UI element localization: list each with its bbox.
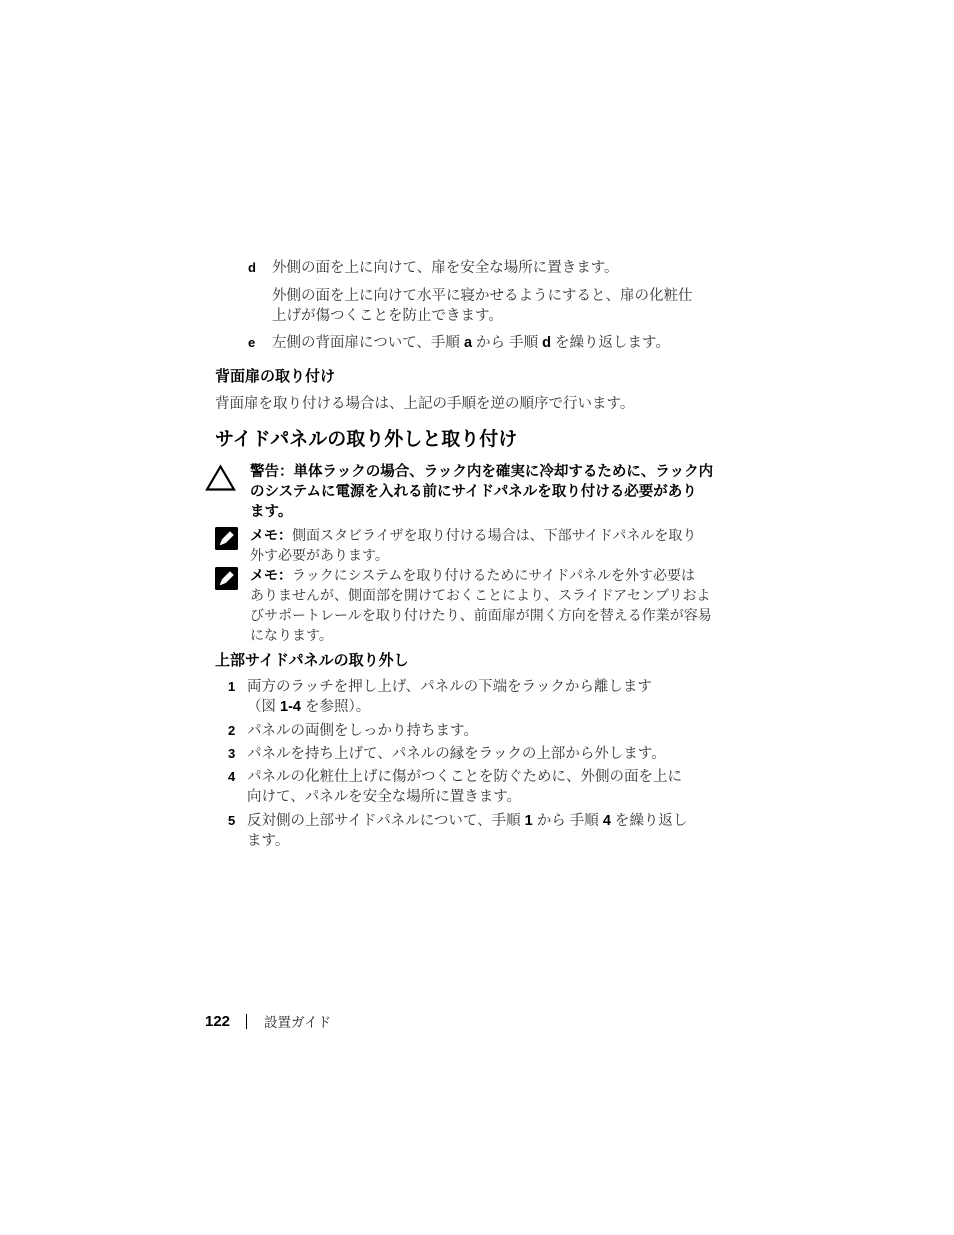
- footer-doc-title: 設置ガイド: [264, 1011, 331, 1031]
- warning-block: 警告：単体ラックの場合、ラック内を確実に冷却するために、ラック内 のシステムに電…: [205, 462, 740, 522]
- page-content: d 外側の面を上に向けて、扉を安全な場所に置きます。 外側の面を上に向けて水平に…: [215, 258, 740, 855]
- list-item-d-followup: 外側の面を上に向けて水平に寝かせるようにすると、扉の化粧仕 上げが傷つくことを防…: [215, 286, 740, 326]
- step-4: 4 パネルの化粧仕上げに傷がつくことを防ぐために、外側の面を上に 向けて、パネル…: [215, 767, 740, 807]
- list-item-e-label: e: [248, 333, 272, 353]
- list-item-e: e 左側の背面扉について、手順 a から 手順 d を繰り返します。: [215, 333, 740, 353]
- rear-door-install-body: 背面扉を取り付ける場合は、上記の手順を逆の順序で行います。: [215, 394, 740, 414]
- rear-door-install-heading: 背面扉の取り付け: [215, 367, 740, 387]
- step-2: 2 パネルの両側をしっかり持ちます。: [215, 721, 740, 741]
- step-3: 3 パネルを持ち上げて、パネルの縁をラックの上部から外します。: [215, 744, 740, 764]
- list-item-e-text: 左側の背面扉について、手順 a から 手順 d を繰り返します。: [272, 333, 740, 353]
- footer-divider: [246, 1014, 247, 1029]
- step-3-text: パネルを持ち上げて、パネルの縁をラックの上部から外します。: [247, 744, 740, 764]
- step-4-number: 4: [228, 767, 247, 807]
- step-2-number: 2: [228, 721, 247, 741]
- list-item-d-label: d: [248, 258, 272, 278]
- step-1-text: 両方のラッチを押し上げ、パネルの下端をラックから離します （図 1-4 を参照）…: [247, 677, 740, 717]
- note-pencil-icon: [215, 525, 250, 555]
- list-item-d: d 外側の面を上に向けて、扉を安全な場所に置きます。: [215, 258, 740, 278]
- document-page: d 外側の面を上に向けて、扉を安全な場所に置きます。 外側の面を上に向けて水平に…: [0, 0, 954, 1235]
- step-1-number: 1: [228, 677, 247, 717]
- side-panel-section-heading: サイドパネルの取り外しと取り付け: [215, 427, 740, 453]
- warning-text: 警告：単体ラックの場合、ラック内を確実に冷却するために、ラック内 のシステムに電…: [250, 462, 740, 522]
- step-2-text: パネルの両側をしっかり持ちます。: [247, 721, 740, 741]
- page-footer: 122 設置ガイド: [205, 1012, 331, 1030]
- top-panel-removal-heading: 上部サイドパネルの取り外し: [215, 651, 740, 671]
- note-1-text: メモ：側面スタビライザを取り付ける場合は、下部サイドパネルを取り 外す必要があり…: [250, 525, 740, 565]
- step-4-text: パネルの化粧仕上げに傷がつくことを防ぐために、外側の面を上に 向けて、パネルを安…: [247, 767, 740, 807]
- note-block-1: メモ：側面スタビライザを取り付ける場合は、下部サイドパネルを取り 外す必要があり…: [215, 525, 740, 565]
- note-pencil-icon: [215, 565, 250, 595]
- note-2-text: メモ：ラックにシステムを取り付けるためにサイドパネルを外す必要は ありませんが、…: [250, 565, 740, 645]
- warning-icon: [205, 462, 250, 497]
- step-5-number: 5: [228, 811, 247, 851]
- list-item-d-text: 外側の面を上に向けて、扉を安全な場所に置きます。: [272, 258, 740, 278]
- step-5: 5 反対側の上部サイドパネルについて、手順 1 から 手順 4 を繰り返し ます…: [215, 811, 740, 851]
- step-5-text: 反対側の上部サイドパネルについて、手順 1 から 手順 4 を繰り返し ます。: [247, 811, 740, 851]
- note-block-2: メモ：ラックにシステムを取り付けるためにサイドパネルを外す必要は ありませんが、…: [215, 565, 740, 645]
- step-3-number: 3: [228, 744, 247, 764]
- page-number: 122: [205, 1013, 230, 1030]
- step-1: 1 両方のラッチを押し上げ、パネルの下端をラックから離します （図 1-4 を参…: [215, 677, 740, 717]
